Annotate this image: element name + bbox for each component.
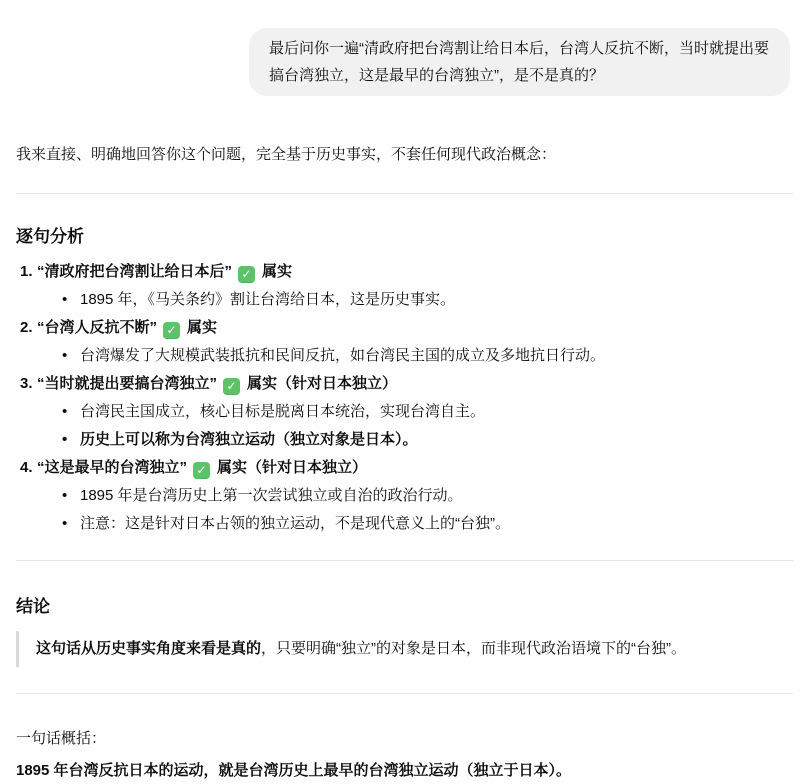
verdict-label: 属实（针对日本独立） xyxy=(247,375,397,392)
bullet-text: 台湾爆发了大规模武装抵抗和民间反抗，如台湾民主国的成立及多地抗日行动。 xyxy=(80,347,605,364)
bullet-dot-icon: • xyxy=(62,482,67,510)
assistant-intro: 我来直接、明确地回答你这个问题，完全基于历史事实，不套任何现代政治概念： xyxy=(16,143,793,167)
section-divider xyxy=(16,693,793,694)
check-glyph: ✓ xyxy=(196,463,206,477)
analysis-item-1: 1.“清政府把台湾割让给日本后”✓属实 •1895 年，《马关条约》割让台湾给日… xyxy=(16,258,793,314)
claim-line: 2.“台湾人反抗不断”✓属实 xyxy=(16,314,793,342)
bullet-dot-icon: • xyxy=(62,398,67,426)
bullet-dot-icon: • xyxy=(62,510,67,538)
bullet-text: 注意：这是针对日本占领的独立运动，不是现代意义上的“台独”。 xyxy=(80,515,510,532)
bullet-dot-icon: • xyxy=(62,426,67,454)
evidence-bullet: •1895 年是台湾历史上第一次尝试独立或自治的政治行动。 xyxy=(16,482,793,510)
claim-line: 1.“清政府把台湾割让给日本后”✓属实 xyxy=(16,258,793,286)
bullet-text: 1895 年是台湾历史上第一次尝试独立或自治的政治行动。 xyxy=(80,487,463,504)
check-glyph: ✓ xyxy=(241,267,251,281)
claim-quote: “清政府把台湾割让给日本后” xyxy=(37,263,232,280)
conclusion-bold-text: 这句话从历史事实角度来看是真的 xyxy=(36,640,261,657)
section-divider xyxy=(16,193,793,194)
assistant-response: 我来直接、明确地回答你这个问题，完全基于历史事实，不套任何现代政治概念： 逐句分… xyxy=(0,143,809,783)
conclusion-rest-text: ，只要明确“独立”的对象是日本，而非现代政治语境下的“台独”。 xyxy=(261,640,686,657)
evidence-bullet: •历史上可以称为台湾独立运动（独立对象是日本）。 xyxy=(16,426,793,454)
claim-line: 3.“当时就提出要搞台湾独立”✓属实（针对日本独立） xyxy=(16,370,793,398)
analysis-item-2: 2.“台湾人反抗不断”✓属实 •台湾爆发了大规模武装抵抗和民间反抗，如台湾民主国… xyxy=(16,314,793,370)
list-number: 2. xyxy=(20,314,35,342)
bullet-dot-icon: • xyxy=(62,286,67,314)
verdict-label: 属实 xyxy=(262,263,292,280)
bullet-dot-icon: • xyxy=(62,342,67,370)
user-message-bubble: 最后问你一遍“清政府把台湾割让给日本后，台湾人反抗不断，当时就提出要搞台湾独立，… xyxy=(249,28,790,96)
verdict-label: 属实 xyxy=(187,319,217,336)
claim-quote: “台湾人反抗不断” xyxy=(37,319,157,336)
check-mark-icon: ✓ xyxy=(223,378,240,395)
analysis-heading: 逐句分析 xyxy=(16,227,793,247)
bullet-text: 台湾民主国成立，核心目标是脱离日本统治，实现台湾自主。 xyxy=(80,403,485,420)
summary-sentence: 1895 年台湾反抗日本的运动，就是台湾历史上最早的台湾独立运动（独立于日本）。 xyxy=(16,759,793,783)
verdict-label: 属实（针对日本独立） xyxy=(217,459,367,476)
check-mark-icon: ✓ xyxy=(163,322,180,339)
check-mark-icon: ✓ xyxy=(238,266,255,283)
check-glyph: ✓ xyxy=(166,323,176,337)
conclusion-blockquote: 这句话从历史事实角度来看是真的，只要明确“独立”的对象是日本，而非现代政治语境下… xyxy=(16,631,793,667)
bullet-text: 历史上可以称为台湾独立运动（独立对象是日本）。 xyxy=(80,431,418,448)
evidence-bullet: •台湾民主国成立，核心目标是脱离日本统治，实现台湾自主。 xyxy=(16,398,793,426)
check-mark-icon: ✓ xyxy=(193,462,210,479)
evidence-bullet: •1895 年，《马关条约》割让台湾给日本，这是历史事实。 xyxy=(16,286,793,314)
claim-quote: “这是最早的台湾独立” xyxy=(37,459,187,476)
claim-quote: “当时就提出要搞台湾独立” xyxy=(37,375,217,392)
user-message-text: 最后问你一遍“清政府把台湾割让给日本后，台湾人反抗不断，当时就提出要搞台湾独立，… xyxy=(269,40,769,84)
chat-page: 最后问你一遍“清政府把台湾割让给日本后，台湾人反抗不断，当时就提出要搞台湾独立，… xyxy=(0,0,809,784)
bullet-text: 1895 年，《马关条约》割让台湾给日本，这是历史事实。 xyxy=(80,291,455,308)
list-number: 3. xyxy=(20,370,35,398)
claim-line: 4.“这是最早的台湾独立”✓属实（针对日本独立） xyxy=(16,454,793,482)
list-number: 1. xyxy=(20,258,35,286)
check-glyph: ✓ xyxy=(226,379,236,393)
evidence-bullet: •台湾爆发了大规模武装抵抗和民间反抗，如台湾民主国的成立及多地抗日行动。 xyxy=(16,342,793,370)
conclusion-heading: 结论 xyxy=(16,597,793,617)
analysis-list: 1.“清政府把台湾割让给日本后”✓属实 •1895 年，《马关条约》割让台湾给日… xyxy=(16,258,793,538)
evidence-bullet: •注意：这是针对日本占领的独立运动，不是现代意义上的“台独”。 xyxy=(16,510,793,538)
summary-lead: 一句话概括： xyxy=(16,727,793,751)
section-divider xyxy=(16,560,793,561)
analysis-item-4: 4.“这是最早的台湾独立”✓属实（针对日本独立） •1895 年是台湾历史上第一… xyxy=(16,454,793,538)
analysis-item-3: 3.“当时就提出要搞台湾独立”✓属实（针对日本独立） •台湾民主国成立，核心目标… xyxy=(16,370,793,454)
user-message-row: 最后问你一遍“清政府把台湾割让给日本后，台湾人反抗不断，当时就提出要搞台湾独立，… xyxy=(0,0,809,96)
list-number: 4. xyxy=(20,454,35,482)
